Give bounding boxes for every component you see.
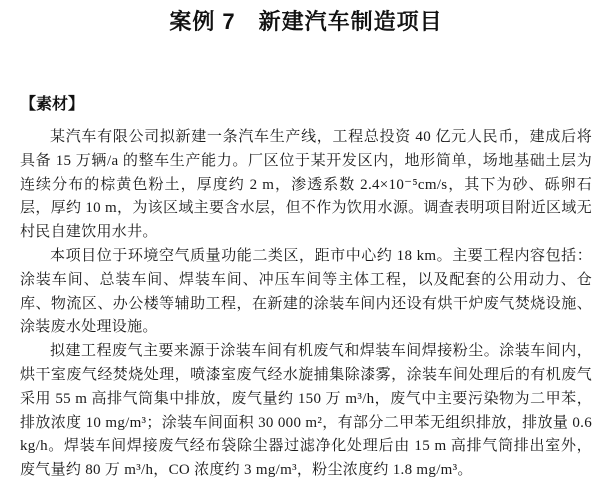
section-heading-sucai: 【素材】 <box>20 95 592 115</box>
body-text: 某汽车有限公司拟新建一条汽车生产线，工程总投资 40 亿元人民币，建成后将具备 … <box>20 126 592 483</box>
paragraph-project-overview: 某汽车有限公司拟新建一条汽车生产线，工程总投资 40 亿元人民币，建成后将具备 … <box>20 126 592 245</box>
paragraph-project-contents: 本项目位于环境空气质量功能二类区，距市中心约 18 km。主要工程内容包括：涂装… <box>20 245 592 340</box>
page-title: 案例 7 新建汽车制造项目 <box>20 8 592 36</box>
paragraph-waste-gas: 拟建工程废气主要来源于涂装车间有机废气和焊装车间焊接粉尘。涂装车间内，烘干室废气… <box>20 340 592 483</box>
document-page: 案例 7 新建汽车制造项目 【素材】 某汽车有限公司拟新建一条汽车生产线，工程总… <box>0 0 613 485</box>
